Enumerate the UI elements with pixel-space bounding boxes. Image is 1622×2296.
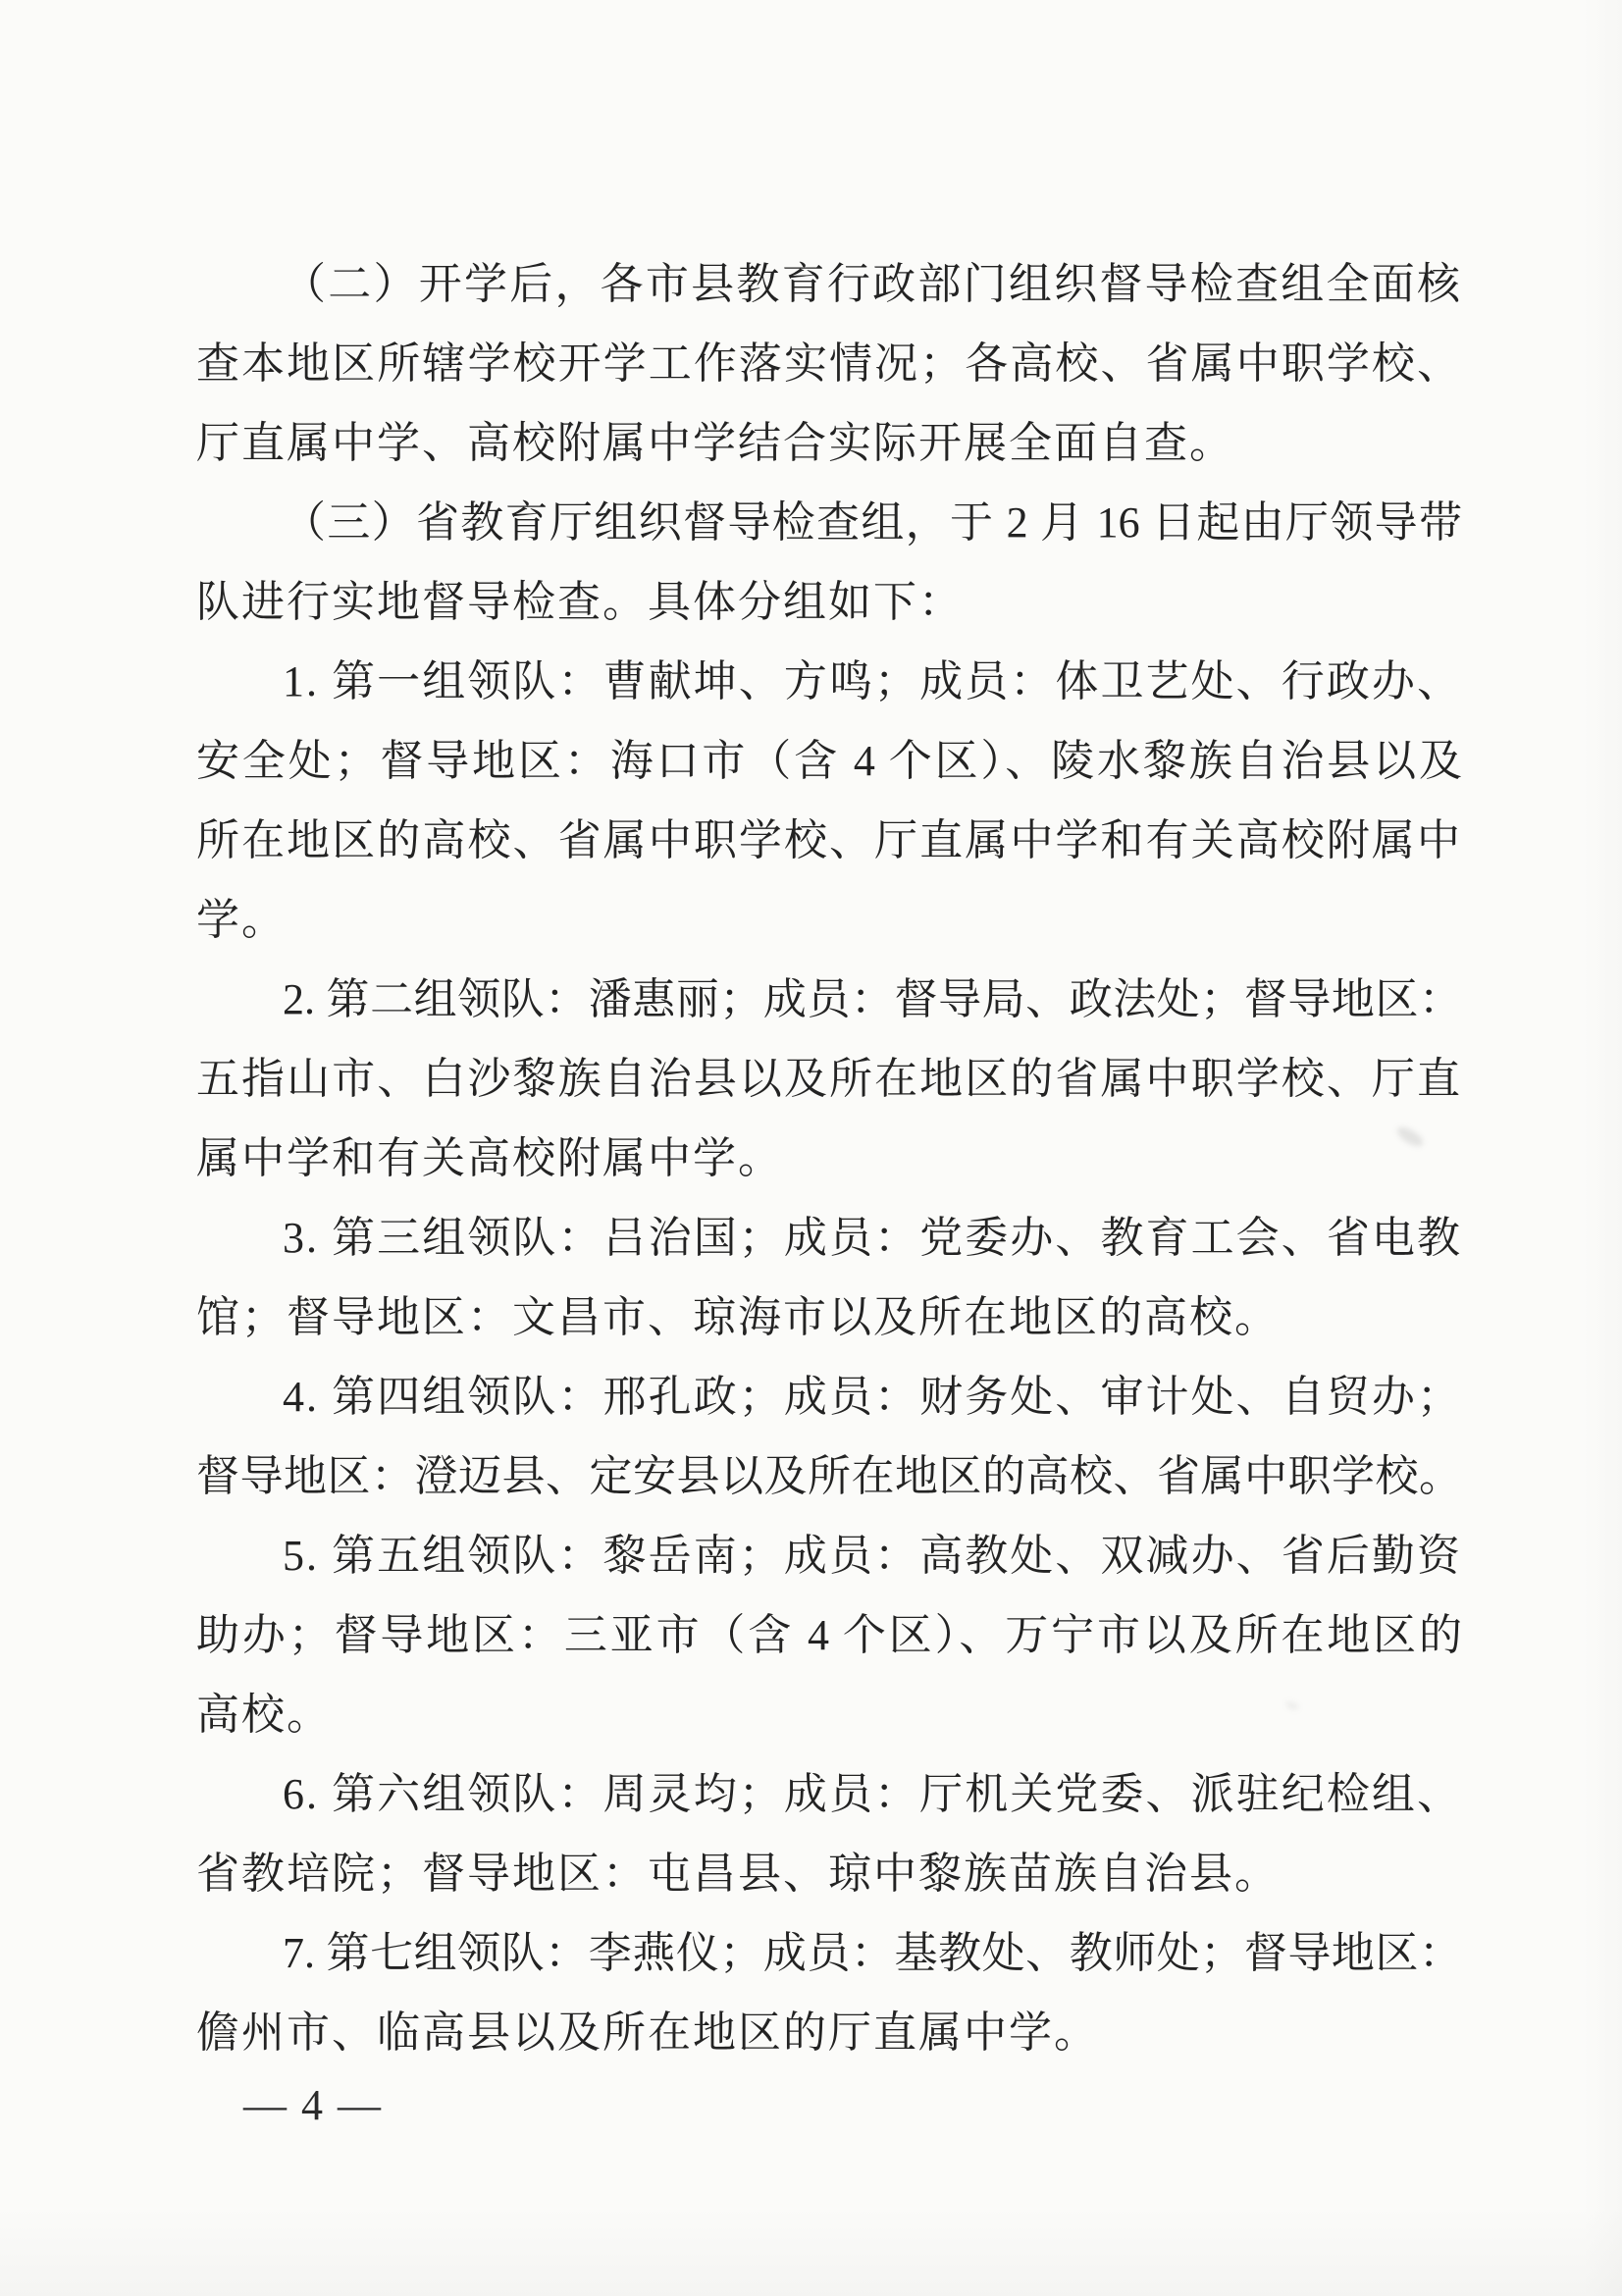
document-line: 儋州市、临高县以及所在地区的厅直属中学。 xyxy=(196,1993,1462,2072)
document-line: 省教培院；督导地区：屯昌县、琼中黎族苗族自治县。 xyxy=(196,1834,1462,1913)
document-line: （二）开学后，各市县教育行政部门组织督导检查组全面核 xyxy=(196,244,1462,324)
document-line: 馆；督导地区：文昌市、琼海市以及所在地区的高校。 xyxy=(196,1278,1462,1357)
document-line: 1. 第一组领队：曹献坤、方鸣；成员：体卫艺处、行政办、 xyxy=(196,642,1462,721)
document-line: 2. 第二组领队：潘惠丽；成员：督导局、政法处；督导地区： xyxy=(196,960,1462,1039)
document-line: 队进行实地督导检查。具体分组如下： xyxy=(196,562,1462,642)
document-line: 五指山市、白沙黎族自治县以及所在地区的省属中职学校、厅直 xyxy=(196,1039,1462,1119)
document-line: 所在地区的高校、省属中职学校、厅直属中学和有关高校附属中 xyxy=(196,801,1462,880)
document-line: 5. 第五组领队：黎岳南；成员：高教处、双减办、省后勤资 xyxy=(196,1516,1462,1595)
document-line: 高校。 xyxy=(196,1675,1462,1754)
document-line: 6. 第六组领队：周灵均；成员：厅机关党委、派驻纪检组、 xyxy=(196,1754,1462,1834)
document-line: （三）省教育厅组织督导检查组，于 2 月 16 日起由厅领导带 xyxy=(196,483,1462,562)
scan-shadow xyxy=(1583,0,1622,2296)
document-body: （二）开学后，各市县教育行政部门组织督导检查组全面核 查本地区所辖学校开学工作落… xyxy=(196,244,1462,2072)
document-page: （二）开学后，各市县教育行政部门组织督导检查组全面核 查本地区所辖学校开学工作落… xyxy=(0,0,1622,2296)
document-line: 助办；督导地区：三亚市（含 4 个区）、万宁市以及所在地区的 xyxy=(196,1595,1462,1675)
document-line: 安全处；督导地区：海口市（含 4 个区）、陵水黎族自治县以及 xyxy=(196,721,1462,801)
document-line: 督导地区：澄迈县、定安县以及所在地区的高校、省属中职学校。 xyxy=(196,1436,1462,1516)
document-line: 3. 第三组领队：吕治国；成员：党委办、教育工会、省电教 xyxy=(196,1198,1462,1278)
document-line: 查本地区所辖学校开学工作落实情况；各高校、省属中职学校、 xyxy=(196,324,1462,403)
document-line: 属中学和有关高校附属中学。 xyxy=(196,1119,1462,1198)
document-line: 7. 第七组领队：李燕仪；成员：基教处、教师处；督导地区： xyxy=(196,1913,1462,1993)
document-line: 学。 xyxy=(196,880,1462,960)
document-line: 4. 第四组领队：邢孔政；成员：财务处、审计处、自贸办； xyxy=(196,1357,1462,1436)
scan-shadow xyxy=(0,2208,1622,2296)
page-number: — 4 — xyxy=(243,2065,383,2145)
document-line: 厅直属中学、高校附属中学结合实际开展全面自查。 xyxy=(196,403,1462,483)
